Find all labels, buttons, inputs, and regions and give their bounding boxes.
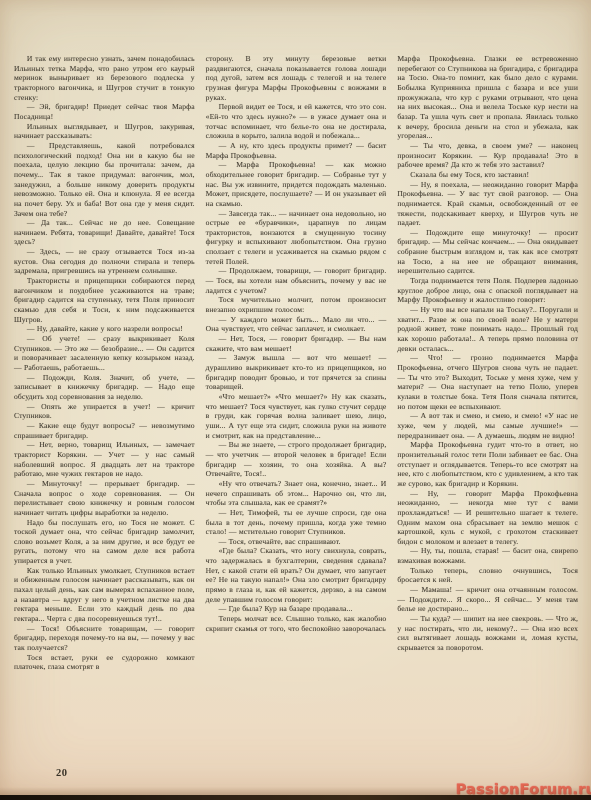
paragraph: — Мамаша! — кричит она отчаянным голосом… — [397, 585, 578, 614]
paragraph: — Подождите еще минуточку! — просит бриг… — [397, 228, 578, 276]
paragraph: — Об учете! — сразу выкрикивает Коля Сту… — [14, 334, 195, 373]
paragraph: Первой видит ее Тося, и ей кажется, что … — [206, 102, 387, 141]
paragraph: — Ну, давайте, какие у кого назрели вопр… — [14, 324, 195, 334]
paragraph: — Ну, я поехала, — неожиданно говорит Ма… — [397, 180, 578, 228]
scanned-book-page: И так ему интересно узнать, зачем понадо… — [0, 0, 591, 800]
paragraph: — У каждого может быть... Мало ли что...… — [206, 315, 387, 334]
paragraph: — Замуж вышла — вот что мешает! — дурашл… — [206, 353, 387, 392]
paragraph: — Ты что, девка, в своем уме? — наконец … — [397, 141, 578, 170]
text-column-2: сторону. В эту минуту березовые ветки ра… — [206, 54, 387, 672]
paragraph: — Ну что вы все напали на Тоську?.. Пору… — [397, 305, 578, 353]
paragraph: сторону. В эту минуту березовые ветки ра… — [206, 54, 387, 102]
paragraph: — Представляешь, какой потребовался псих… — [14, 141, 195, 218]
paragraph: — Нет, Тося, — говорит бригадир. — Вы на… — [206, 334, 387, 353]
paragraph: И так ему интересно узнать, зачем понадо… — [14, 54, 195, 102]
paragraph: Тогда поднимается тетя Поля. Подперев ла… — [397, 276, 578, 305]
paragraph: Трактористы и прицепщики собираются пере… — [14, 276, 195, 324]
text-columns: И так ему интересно узнать, зачем понадо… — [14, 54, 578, 672]
paragraph: — Эй, бригадир! Приедет сейчас твоя Марф… — [14, 102, 195, 121]
paragraph: — Здесь, — не сразу отзывается Тося из-з… — [14, 247, 195, 276]
paragraph: — Минуточку! — прерывает бригадир. — Сна… — [14, 479, 195, 518]
paragraph: — Тося, отвечайте, вас спрашивают. — [206, 537, 387, 547]
paragraph: Только теперь, словно очнувшись, Тося бр… — [397, 566, 578, 585]
paragraph: — Марфа Прокофьевна! — как можно обходит… — [206, 160, 387, 208]
paragraph: — Ну, ты, пошла, старая! — басит она, св… — [397, 546, 578, 565]
page-number: 20 — [56, 768, 68, 779]
paragraph: — Завсегда так... — начинает она недовол… — [206, 209, 387, 267]
paragraph: — Продолжаем, товарищи, — говорит бригад… — [206, 266, 387, 295]
paragraph: Ильиных выглядывает, и Шугров, закуривая… — [14, 122, 195, 141]
paragraph: — Где была? Кур на базаре продавала... — [206, 604, 387, 614]
paragraph: — Ну, — говорит Марфа Прокофьевна неожид… — [397, 489, 578, 547]
paragraph: Марфа Прокофьевна. Глазки ее встревоженн… — [397, 54, 578, 141]
paragraph: Надо бы послушать его, но Тося не может.… — [14, 518, 195, 566]
paragraph: Сказала бы ему Тося, кто заставил! — [397, 170, 578, 180]
paragraph: Марфа Прокофьевна гудит что-то в ответ, … — [397, 440, 578, 488]
paragraph: — А вот так и смею, и смею, и смею! «У н… — [397, 411, 578, 440]
paragraph: Тося встает, руки ее судорожно комкают п… — [14, 653, 195, 672]
paragraph: — Что! — грозно поднимается Марфа Прокоф… — [397, 353, 578, 411]
paragraph: Как только Ильиных умолкает, Ступников в… — [14, 566, 195, 624]
paragraph: «Что мешает?» «Что мешает?» Ну как сказа… — [206, 392, 387, 440]
scan-edge-shadow — [0, 787, 591, 795]
paragraph: — Подожди, Коля. Значит, об учете, — зап… — [14, 373, 195, 402]
paragraph: — Опять же упирается в учет! — кричит Ст… — [14, 402, 195, 421]
paragraph: Тося мучительно молчит, потом произносит… — [206, 295, 387, 314]
paragraph: — Да так... Сейчас не до нее. Совещание … — [14, 218, 195, 247]
paragraph: — Ты куда? — шипит на нее свекровь. — Чт… — [397, 614, 578, 653]
paragraph: — Какие еще будут вопросы? — невозмутимо… — [14, 421, 195, 440]
text-column-1: И так ему интересно узнать, зачем понадо… — [14, 54, 195, 672]
paragraph: — Нет, верно, товарищ Ильиных, — замечае… — [14, 440, 195, 479]
paragraph: «Ну что отвечать? Знает она, конечно, зн… — [206, 479, 387, 508]
paragraph: — Вы же знаете, — строго продолжает бриг… — [206, 440, 387, 479]
paragraph: — Тося! Объясните товарищам, — говорит б… — [14, 624, 195, 653]
paragraph: «Где была? Сказать, что ногу свихнула, с… — [206, 546, 387, 604]
paragraph: — А ну, кто здесь продукты примет? — бас… — [206, 141, 387, 160]
paragraph: — Нет, Тимофей, ты ее лучше спроси, где … — [206, 508, 387, 537]
scan-edge — [0, 795, 591, 800]
text-column-3: Марфа Прокофьевна. Глазки ее встревоженн… — [397, 54, 578, 672]
paragraph: Теперь молчат все. Слышно только, как жа… — [206, 614, 387, 633]
